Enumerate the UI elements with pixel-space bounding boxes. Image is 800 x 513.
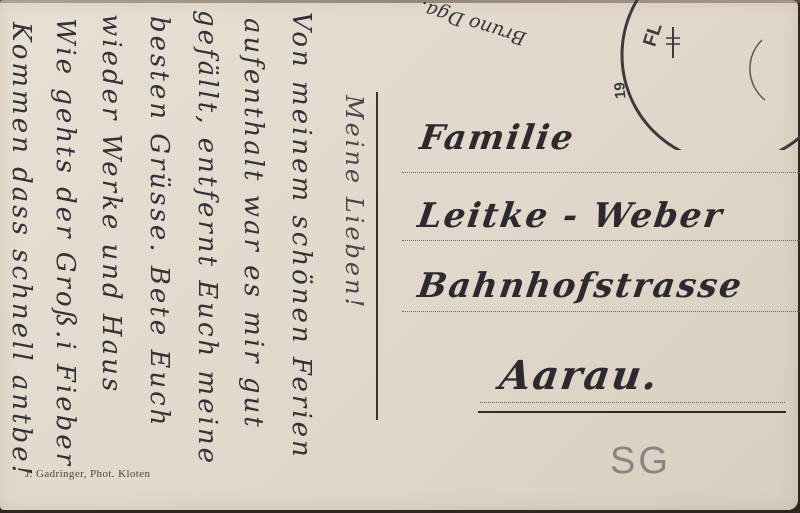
pencil-marking: SG — [610, 440, 671, 483]
postmark-numeral: 19 — [611, 81, 629, 99]
address-street: Bahnhofstrasse — [415, 266, 746, 306]
postcard-back: FL 19 Bruno Dga. Familie Leitke - Weber … — [0, 0, 798, 510]
address-line-3 — [402, 311, 800, 312]
message-line-6: Wie gehts der Groß.i Fieber — [50, 18, 80, 468]
message-line-2: aufenthalt war es mir gut — [238, 18, 268, 430]
address-line-2 — [402, 240, 800, 241]
message-address-divider — [376, 92, 378, 420]
message-line-5: wieder Werke und Haus — [96, 14, 126, 394]
address-recipient: Familie — [417, 118, 577, 158]
message-line-4: besten Grüsse. Bete Euch — [144, 16, 174, 428]
address-line-1 — [402, 172, 800, 173]
address-name: Leitke - Weber — [415, 196, 726, 236]
message-line-7: Kommen dass schnell antbe! — [6, 22, 36, 478]
message-line-1: Von meinem schönen Ferien — [286, 12, 316, 460]
address-line-4 — [480, 402, 785, 403]
address-underline — [478, 411, 786, 413]
sender-note: Bruno Dga. — [417, 0, 528, 50]
address-city: Aarau. — [497, 352, 663, 399]
postmark-stamp-icon — [600, 0, 800, 150]
message-line-3: gefällt, entfernt Euch meine — [192, 10, 222, 466]
message-salutation: Meine Lieben! — [340, 95, 368, 310]
printer-imprint: J. Gadringer, Phot. Kloten — [25, 468, 150, 480]
